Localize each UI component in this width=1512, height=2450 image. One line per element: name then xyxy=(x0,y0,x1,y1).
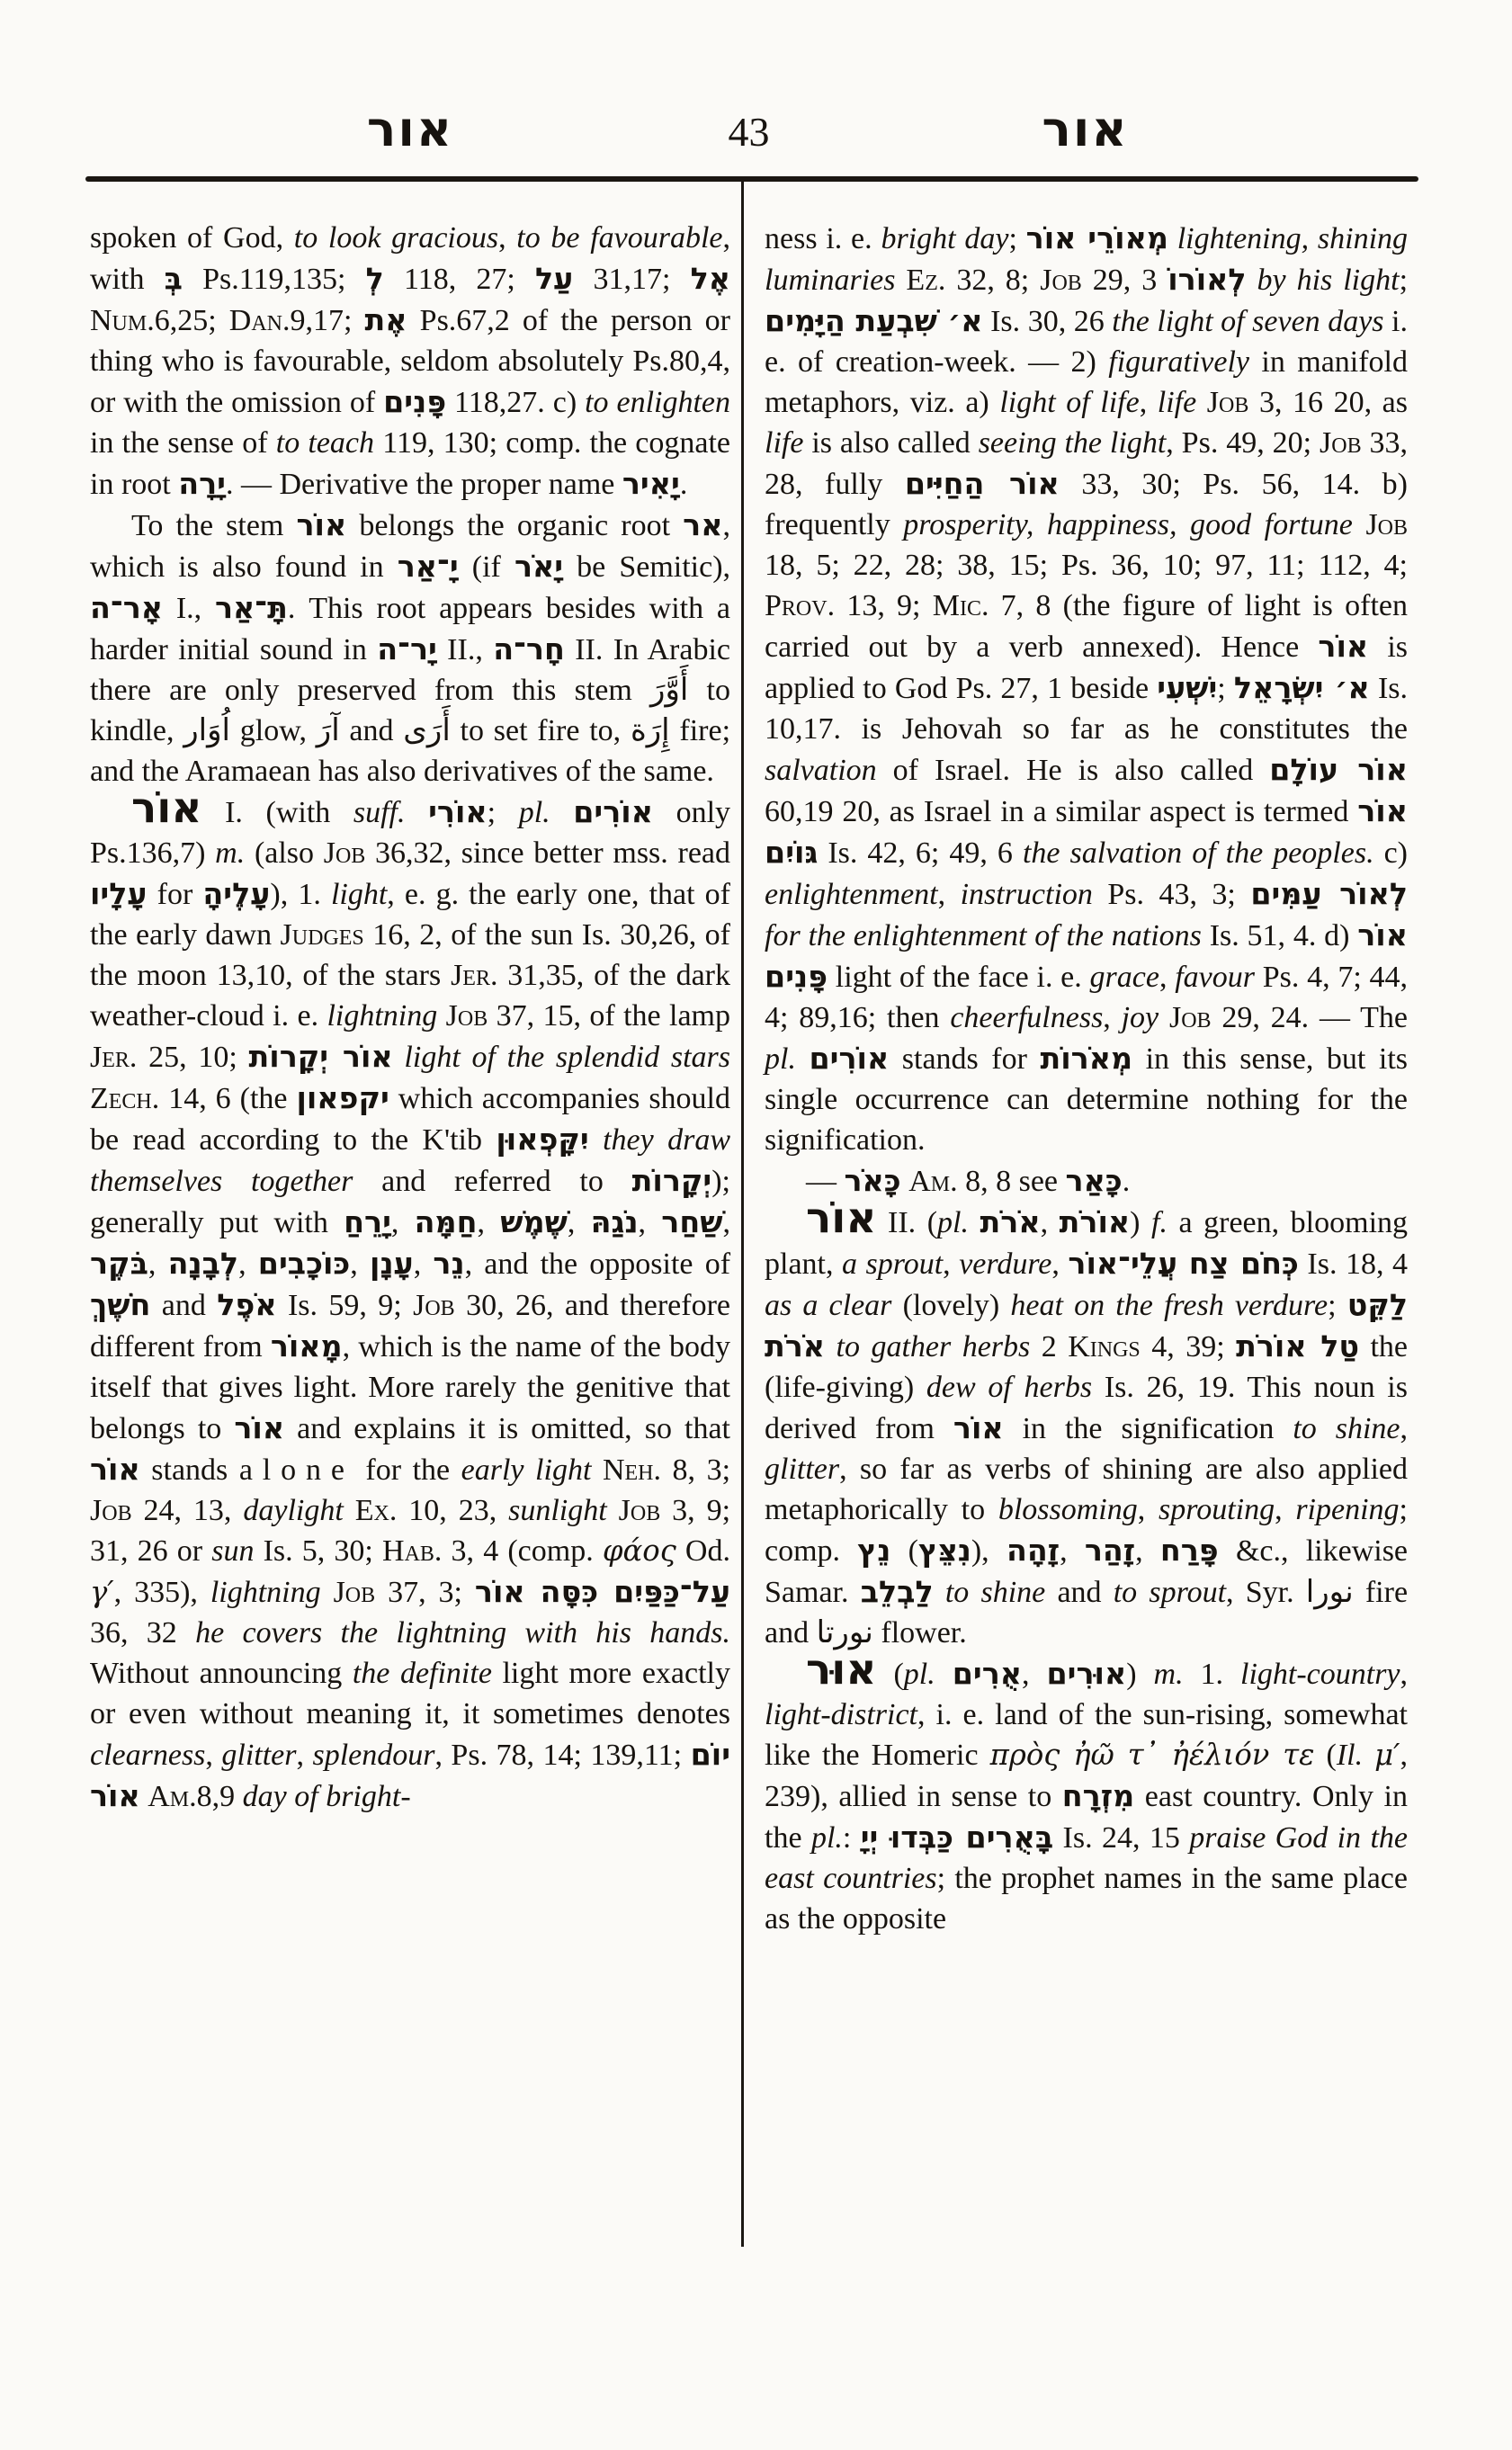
text-run: of Israel. He is also called xyxy=(877,754,1270,787)
hebrew-text: חַמָּה xyxy=(415,1204,478,1239)
text-run: , xyxy=(297,1739,313,1772)
hebrew-text: אוֹר הַחַיִּים xyxy=(905,466,1060,501)
text-run xyxy=(934,1576,945,1609)
hebrew-text: נֵר xyxy=(433,1246,464,1281)
italic-text: figuratively xyxy=(1108,345,1249,379)
hebrew-text: מְאוֹרֵי אוֹר xyxy=(1026,220,1168,255)
hebrew-text: א׳ יִשְׂרָאֵל xyxy=(1234,670,1370,705)
book-abbreviation: Job xyxy=(90,1494,132,1527)
italic-text: blossoming xyxy=(998,1493,1138,1526)
italic-text: suff. xyxy=(353,796,406,829)
italic-text: glitter xyxy=(221,1739,296,1772)
arabic-text: آرَ xyxy=(317,712,340,748)
text-run: light of the face i. e. xyxy=(828,961,1090,994)
hebrew-text: עַל־כַּפַּיִם כִּסָּה אוֹר xyxy=(475,1574,730,1609)
book-abbreviation: Jer. xyxy=(451,959,497,992)
text-run: , xyxy=(1041,1206,1060,1239)
text-run: , xyxy=(1140,386,1158,419)
hebrew-text: מִזְרָח xyxy=(1062,1778,1134,1813)
text-run: stands for xyxy=(889,1042,1040,1076)
arabic-text: اُوَار xyxy=(183,712,230,748)
text-run: 14, 6 (the xyxy=(159,1082,296,1115)
book-abbreviation: Kings xyxy=(1068,1330,1141,1364)
text-run: and xyxy=(1045,1576,1113,1609)
text-run xyxy=(796,1042,810,1076)
hebrew-text: לְבָנָה xyxy=(168,1246,238,1281)
italic-text: by his light xyxy=(1257,264,1400,297)
hebrew-text: יָ־אַר xyxy=(398,549,459,584)
text-run: Is. 5, 30; xyxy=(254,1534,382,1568)
dictionary-page: אור 43 אור spoken of God, to look gracio… xyxy=(0,0,1512,2450)
hebrew-text: אֶת xyxy=(365,302,407,337)
text-run xyxy=(607,1494,619,1527)
hebrew-text: אוֹר יְקָרוֹת xyxy=(249,1039,393,1074)
hebrew-text: כְּחֹם צַח עֲלֵי־אוֹר xyxy=(1068,1246,1298,1281)
hebrew-text: אֻרִים xyxy=(953,1656,1022,1691)
text-run xyxy=(591,1453,603,1487)
hebrew-text: לַבְלֵב xyxy=(861,1574,934,1609)
text-run: , xyxy=(568,1206,591,1239)
text-run: , xyxy=(1138,1493,1159,1526)
text-run: ness i. e. xyxy=(765,222,881,255)
text-run: in the sense of xyxy=(90,426,276,460)
hebrew-text: כּוֹכָבִים xyxy=(258,1246,351,1281)
italic-text: glitter xyxy=(765,1453,839,1486)
running-head: אור 43 אור xyxy=(90,94,1408,171)
paragraph: אוּר (pl. אֻרִים, אוּרִים) m. 1. light-c… xyxy=(765,1653,1408,1939)
text-run: in the signification xyxy=(1004,1412,1293,1445)
text-run: 36, 32 xyxy=(90,1616,195,1650)
text-run xyxy=(344,1494,355,1527)
book-abbreviation: Am. xyxy=(908,1165,957,1198)
text-run: stands xyxy=(140,1453,239,1487)
hebrew-headword: אוֹר xyxy=(131,783,202,833)
italic-text: lightning xyxy=(327,999,437,1033)
greek-text: γ′ xyxy=(90,1575,114,1609)
header-rule xyxy=(85,176,1418,182)
text-run: , Ps. 78, 14; 139,11; xyxy=(434,1739,690,1772)
hebrew-text: עַל xyxy=(535,261,573,296)
hebrew-text: אָר־ה xyxy=(90,590,163,625)
text-run: , xyxy=(1022,1658,1046,1691)
text-run: I., xyxy=(163,592,215,625)
paragraph: ness i. e. bright day; מְאוֹרֵי אוֹר lig… xyxy=(765,218,1408,1160)
italic-text: clearness xyxy=(90,1739,205,1772)
italic-text: light of life xyxy=(999,386,1139,419)
italic-text: ripening xyxy=(1295,1493,1399,1526)
hebrew-text: תָּ־אַר xyxy=(215,590,288,625)
text-run xyxy=(1159,1001,1169,1034)
text-run: 6,25; xyxy=(155,304,229,337)
text-run: ) xyxy=(1130,1206,1151,1239)
hebrew-text: אוֹר xyxy=(234,1410,284,1445)
text-run: Is. 59, 9; xyxy=(277,1289,414,1322)
text-run: Od. xyxy=(676,1534,730,1568)
book-abbreviation: Hab. xyxy=(382,1534,442,1568)
italic-text: to be favourable xyxy=(516,221,722,255)
text-run: (if xyxy=(459,550,514,584)
hebrew-text: חֹשֶׁךְ xyxy=(90,1287,150,1322)
italic-text: to look gracious xyxy=(294,221,498,255)
italic-text: sprouting xyxy=(1159,1493,1275,1526)
hebrew-text: פָּרַח xyxy=(1160,1533,1219,1568)
greek-text: φάος xyxy=(603,1533,676,1568)
italic-text: pl. xyxy=(765,1042,796,1076)
book-abbreviation: Job xyxy=(1365,508,1408,541)
book-abbreviation: Job xyxy=(1320,426,1362,460)
text-run: , xyxy=(723,1206,731,1239)
book-abbreviation: Job xyxy=(334,1576,376,1609)
text-run: , xyxy=(1159,961,1175,994)
text-run: 37, 15, of the lamp xyxy=(488,999,730,1033)
text-run xyxy=(405,796,428,829)
text-run: Is. 24, 15 xyxy=(1053,1821,1189,1855)
book-abbreviation: Job xyxy=(1169,1001,1212,1034)
hebrew-text: אוֹר xyxy=(1318,629,1368,664)
italic-text: m. xyxy=(215,836,245,870)
text-run: 24, 13, xyxy=(132,1494,244,1527)
italic-text: joy xyxy=(1122,1001,1159,1034)
book-abbreviation: Prov. xyxy=(765,589,835,622)
italic-text: early light xyxy=(461,1453,592,1487)
paragraph: אוֹר II. (pl. אֹרֹת, אוֹרֹת) f. a green,… xyxy=(765,1202,1408,1653)
hebrew-text: שַׁחַר xyxy=(661,1204,722,1239)
text-run xyxy=(140,1780,148,1813)
hebrew-text: יקפאון xyxy=(296,1080,389,1115)
text-run xyxy=(321,1576,334,1609)
italic-text: prosperity, happiness, good fortune xyxy=(903,508,1353,541)
italic-text: sun xyxy=(211,1534,254,1568)
book-abbreviation: Job xyxy=(1207,386,1249,419)
text-run: for xyxy=(148,878,203,911)
italic-text: heat on the fresh verdure xyxy=(1010,1289,1328,1322)
text-run: , xyxy=(639,1206,662,1239)
text-run: ), 1. xyxy=(270,878,331,911)
italic-text: the salvation of the peoples. xyxy=(1023,836,1374,870)
text-run: , xyxy=(350,1247,370,1281)
text-run: , xyxy=(238,1247,258,1281)
text-run: II., xyxy=(437,633,493,666)
italic-text: the definite xyxy=(353,1657,492,1690)
text-run: , xyxy=(148,1247,168,1281)
italic-text: lightning xyxy=(210,1576,321,1609)
text-run: . xyxy=(1123,1165,1131,1198)
text-run: , Syr. xyxy=(1226,1576,1306,1609)
book-abbreviation: Job xyxy=(413,1289,455,1322)
text-run: is also called xyxy=(803,426,978,460)
hebrew-text: כָּאַר xyxy=(1066,1163,1123,1198)
book-abbreviation: Job xyxy=(619,1494,661,1527)
italic-text: m. xyxy=(1154,1658,1184,1691)
hebrew-text: יָרָה xyxy=(178,466,226,501)
hebrew-text: חָר־ה xyxy=(493,631,565,666)
hebrew-text: בֹּקֶר xyxy=(90,1246,148,1281)
text-run: , xyxy=(205,1739,221,1772)
hebrew-text: לְ xyxy=(366,261,384,296)
text-run: flower. xyxy=(873,1616,967,1650)
text-run: . — Derivative the proper name xyxy=(226,468,622,501)
italic-text: sunlight xyxy=(508,1494,607,1527)
text-run: , xyxy=(1051,1247,1068,1281)
italic-text: day of bright- xyxy=(243,1780,411,1813)
text-run: 3, 4 (comp. xyxy=(442,1534,602,1568)
text-run: spoken of God, xyxy=(90,221,294,255)
text-run: 13, 9; xyxy=(835,589,933,622)
text-run xyxy=(901,1165,909,1198)
text-run: 2 xyxy=(1030,1330,1068,1364)
hebrew-text: אוֹר xyxy=(953,1410,1004,1445)
text-run: , xyxy=(414,1247,434,1281)
text-run: ; xyxy=(1400,264,1408,297)
text-run: , xyxy=(498,221,516,255)
text-run: 25, 10; xyxy=(137,1041,248,1074)
italic-text: to shine xyxy=(1293,1412,1400,1445)
italic-text: grace xyxy=(1090,961,1159,994)
text-run: Ps.119,135; xyxy=(183,263,366,296)
text-run: (lovely) xyxy=(891,1289,1010,1322)
hebrew-text: אֹרֹת xyxy=(980,1204,1041,1239)
text-run: : xyxy=(843,1821,861,1855)
text-run: and xyxy=(150,1289,217,1322)
text-run xyxy=(1196,386,1207,419)
text-run: 31,17; xyxy=(573,263,690,296)
hebrew-text: נֵץ xyxy=(857,1533,890,1568)
hebrew-text: יָאֹר xyxy=(514,549,563,584)
italic-text: Il. xyxy=(1337,1739,1363,1772)
text-run: be Semitic), xyxy=(563,550,730,584)
text-run: ; xyxy=(488,796,519,829)
italic-text: verdure xyxy=(959,1247,1051,1281)
hebrew-text: אוֹר xyxy=(296,507,346,542)
right-column: ness i. e. bright day; מְאוֹרֵי אוֹר lig… xyxy=(765,218,1408,1939)
text-run xyxy=(1363,1739,1374,1772)
text-run: 37, 3; xyxy=(375,1576,475,1609)
hebrew-text: מָאוֹר xyxy=(271,1328,343,1364)
text-run: 8, 8 see xyxy=(958,1165,1066,1198)
hebrew-text: אוּרִים xyxy=(1046,1656,1126,1691)
hebrew-text: אוֹרֹת xyxy=(1060,1204,1131,1239)
text-run: 8,9 xyxy=(197,1780,243,1813)
hebrew-text: פָּנִים xyxy=(383,384,446,419)
italic-text: light-country xyxy=(1240,1658,1400,1691)
text-run: ; xyxy=(1328,1289,1347,1322)
book-abbreviation: Ex. xyxy=(355,1494,398,1527)
text-run: , xyxy=(478,1206,501,1239)
text-run: ; xyxy=(1217,672,1234,705)
hebrew-text: עָלָיו xyxy=(90,876,148,911)
italic-text: he covers the lightning with his hands. xyxy=(195,1616,730,1650)
italic-text: seeing the light xyxy=(979,426,1167,460)
text-run: glow, xyxy=(230,714,317,747)
book-abbreviation: Job xyxy=(446,999,488,1033)
hebrew-text: אוֹרִי xyxy=(428,794,488,829)
italic-text: instruction xyxy=(961,878,1093,911)
greek-text: πρὸς ἠῶ τ᾽ ἠέλιόν τε xyxy=(990,1738,1315,1772)
book-abbreviation: Job xyxy=(324,836,366,870)
text-run xyxy=(589,1123,603,1157)
text-run xyxy=(935,1658,953,1691)
text-run: 32, 8; xyxy=(945,264,1040,297)
italic-text: to gather herbs xyxy=(837,1330,1031,1364)
italic-text: a sprout xyxy=(842,1247,943,1281)
italic-text: to shine xyxy=(945,1576,1045,1609)
hebrew-text: יִקָּפְאוּן xyxy=(496,1122,588,1157)
text-run: 8, 3; xyxy=(661,1453,730,1487)
italic-text: pl. xyxy=(519,796,550,829)
book-abbreviation: Mic. xyxy=(933,589,989,622)
paragraph: spoken of God, to look gracious, to be f… xyxy=(90,218,730,505)
italic-text: bright day xyxy=(881,222,1008,255)
text-run: to set fire to, xyxy=(451,714,631,747)
hebrew-text: א׳ שִׁבְעַת הַיָּמִים xyxy=(765,303,983,338)
text-run: , xyxy=(391,1206,415,1239)
paragraph: To the stem אוֹר belongs the organic roo… xyxy=(90,505,730,791)
hebrew-text: טַל אוֹרֹת xyxy=(1236,1328,1359,1364)
book-abbreviation: Job xyxy=(1040,264,1082,297)
text-run xyxy=(1353,508,1366,541)
book-abbreviation: Ez. xyxy=(906,264,945,297)
italic-text: enlightenment xyxy=(765,878,938,911)
hebrew-text: מְאֹרוֹת xyxy=(1040,1041,1132,1076)
italic-text: salvation xyxy=(765,754,877,787)
text-run: , xyxy=(1400,1412,1409,1445)
letterspaced-text: alone xyxy=(239,1453,354,1487)
italic-text: light-district xyxy=(765,1698,917,1731)
text-run: , xyxy=(943,1247,959,1281)
text-run: II. ( xyxy=(877,1206,938,1239)
italic-text: to enlighten xyxy=(585,386,730,419)
hebrew-text: אוֹר עוֹלָם xyxy=(1269,752,1408,787)
text-run: (also xyxy=(245,836,324,870)
text-run: To the stem xyxy=(131,509,296,542)
italic-text: as a clear xyxy=(765,1289,891,1322)
text-run: Without announcing xyxy=(90,1657,353,1690)
italic-text: daylight xyxy=(243,1494,343,1527)
book-abbreviation: Zech. xyxy=(90,1082,159,1115)
hebrew-text: בְּ xyxy=(165,261,183,296)
running-head-left-keyword: אור xyxy=(90,94,730,165)
book-abbreviation: Dan. xyxy=(229,304,291,337)
text-run xyxy=(1168,222,1177,255)
hebrew-text: זָהַר xyxy=(1085,1533,1135,1568)
text-run: 9,17; xyxy=(291,304,365,337)
text-run: 10, 23, xyxy=(397,1494,508,1527)
italic-text: for the enlightenment of the nations xyxy=(765,919,1202,952)
text-run: and referred to xyxy=(353,1165,631,1198)
hebrew-text: יִשְׁעִי xyxy=(1157,670,1217,705)
text-run: 3, 16 20, as xyxy=(1248,386,1408,419)
text-run: 36,32, since better mss. read xyxy=(365,836,730,870)
text-run xyxy=(1247,264,1257,297)
text-run: 29, 3 xyxy=(1082,264,1168,297)
paragraph: אוֹר I. (with suff. אוֹרִי; pl. אוֹרִים … xyxy=(90,791,730,1817)
text-run xyxy=(550,796,574,829)
hebrew-text: לְאוֹרוֹ xyxy=(1168,262,1246,297)
hebrew-text: יָרֵחַ xyxy=(344,1204,391,1239)
book-abbreviation: Neh. xyxy=(603,1453,661,1487)
italic-text: life xyxy=(1158,386,1196,419)
hebrew-text: יָאִיר xyxy=(622,466,680,501)
italic-text: light xyxy=(331,878,387,911)
text-run: belongs the organic root xyxy=(346,509,683,542)
italic-text: dew of herbs xyxy=(926,1371,1092,1404)
italic-text: f. xyxy=(1151,1206,1168,1239)
text-run: 60,19 20, as Israel in a similar aspect … xyxy=(765,795,1357,828)
text-run xyxy=(969,1206,980,1239)
hebrew-text: אוֹרִים xyxy=(573,794,653,829)
hebrew-text: עָנָן xyxy=(370,1246,414,1281)
text-run: ; xyxy=(1008,222,1025,255)
text-run: , and the opposite of xyxy=(465,1247,731,1281)
text-run: Ps. 43, 3; xyxy=(1093,878,1250,911)
text-run: Is. 51, 4. d) xyxy=(1202,919,1357,952)
hebrew-text: אוֹר xyxy=(90,1452,140,1487)
text-run: , xyxy=(1400,1658,1409,1691)
italic-text: favour xyxy=(1175,961,1255,994)
text-run: , xyxy=(1103,1001,1121,1034)
book-abbreviation: Am. xyxy=(148,1780,196,1813)
book-abbreviation: Num. xyxy=(90,304,155,337)
book-abbreviation: Judges xyxy=(281,918,364,952)
text-run: , xyxy=(1060,1534,1085,1568)
hebrew-text: נִצֵּץ xyxy=(918,1533,971,1568)
italic-text: to sprout xyxy=(1114,1576,1226,1609)
text-run: , xyxy=(1275,1493,1295,1526)
hebrew-text: יָר־ה xyxy=(377,631,437,666)
hebrew-text: יְקָרוֹת xyxy=(632,1163,712,1198)
text-run: , xyxy=(1135,1534,1160,1568)
arabic-text: أَرَى xyxy=(403,712,450,748)
hebrew-text: אֶל xyxy=(691,261,730,296)
text-run: ) xyxy=(1126,1658,1153,1691)
hebrew-text: בָּאֻרִים כַּבְּדוּ יְיָ xyxy=(861,1820,1053,1855)
text-run: 29, 24. — The xyxy=(1212,1001,1408,1034)
text-run: 1. xyxy=(1184,1658,1240,1691)
text-run: 118,27. c) xyxy=(446,386,585,419)
italic-text: splendour xyxy=(312,1739,434,1772)
greek-text: μ′ xyxy=(1374,1738,1400,1772)
text-run: and explains it is omitted, so that xyxy=(284,1412,730,1445)
italic-text: pl. xyxy=(904,1658,935,1691)
text-run: and xyxy=(340,714,404,747)
italic-text: light of the splendid stars xyxy=(404,1041,730,1074)
italic-text: the light of seven days xyxy=(1112,305,1383,338)
hebrew-text: זָהָה xyxy=(1007,1533,1060,1568)
column-divider xyxy=(741,182,744,2247)
italic-text: life xyxy=(765,426,803,460)
running-head-right-keyword: אור xyxy=(763,94,1408,165)
text-run: ( xyxy=(877,1658,904,1691)
text-run: ( xyxy=(1314,1739,1336,1772)
text-run: for the xyxy=(354,1453,461,1487)
book-abbreviation: Jer. xyxy=(90,1041,137,1074)
text-run: Is. 42, 6; 49, 6 xyxy=(818,836,1023,870)
arabic-text: نورا xyxy=(1306,1574,1354,1610)
text-run: , 335), xyxy=(114,1576,210,1609)
left-column: spoken of God, to look gracious, to be f… xyxy=(90,218,730,1817)
text-run xyxy=(393,1041,405,1074)
text-run: 18, 5; 22, 28; 38, 15; Ps. 36, 10; 97, 1… xyxy=(765,549,1408,582)
text-run xyxy=(437,999,445,1033)
hebrew-text: אֹפֶל xyxy=(217,1287,276,1322)
hebrew-text: שֶׁמֶשׁ xyxy=(500,1204,568,1239)
text-run: ( xyxy=(890,1534,918,1568)
text-run: , Ps. 49, 20; xyxy=(1166,426,1320,460)
hebrew-text: נֹגַהּ xyxy=(591,1204,639,1239)
text-run: I. (with xyxy=(202,796,353,829)
text-run: . xyxy=(680,468,688,501)
hebrew-headword: אוּר xyxy=(806,1645,877,1694)
